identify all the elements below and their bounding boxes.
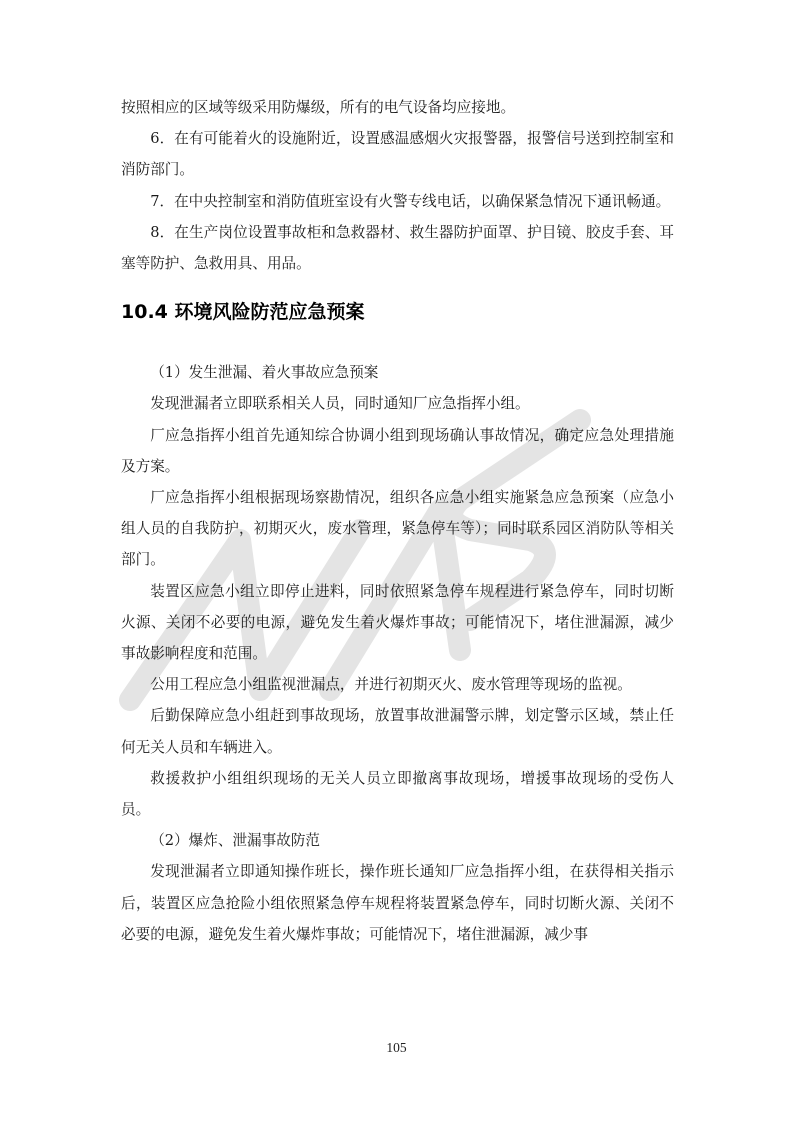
paragraph: 公用工程应急小组监视泄漏点，并进行初期灭火、废水管理等现场的监视。 [121,669,674,700]
document-page: 按照相应的区域等级采用防爆级，所有的电气设备均应接地。 6．在有可能着火的设施附… [0,0,793,1122]
paragraph-item-7: 7．在中央控制室和消防值班室设有火警专线电话，以确保紧急情况下通讯畅通。 [121,186,674,217]
paragraph: 装置区应急小组立即停止进料，同时依照紧急停车规程进行紧急停车，同时切断火源、关闭… [121,576,674,670]
section-heading: 10.4 环境风险防范应急预案 [121,299,674,325]
subsection-title-1: （1）发生泄漏、着火事故应急预案 [121,357,674,388]
paragraph: 发现泄漏者立即通知操作班长，操作班长通知厂应急指挥小组，在获得相关指示后，装置区… [121,856,674,950]
paragraph-item-8: 8．在生产岗位设置事故柜和急救器材、救生器防护面罩、护目镜、胶皮手套、耳塞等防护… [121,217,674,279]
subsection-title-2: （2）爆炸、泄漏事故防范 [121,825,674,856]
page-number: 105 [0,1040,793,1056]
paragraph: 发现泄漏者立即联系相关人员，同时通知厂应急指挥小组。 [121,388,674,419]
paragraph-0: 按照相应的区域等级采用防爆级，所有的电气设备均应接地。 [121,92,674,123]
paragraph: 救援救护小组组织现场的无关人员立即撤离事故现场，增援事故现场的受伤人员。 [121,763,674,825]
paragraph: 厂应急指挥小组根据现场察勘情况，组织各应急小组实施紧急应急预案（应急小组人员的自… [121,482,674,576]
paragraph: 后勤保障应急小组赶到事故现场，放置事故泄漏警示牌，划定警示区域，禁止任何无关人员… [121,700,674,762]
paragraph-item-6: 6．在有可能着火的设施附近，设置感温感烟火灾报警器，报警信号送到控制室和消防部门… [121,123,674,185]
paragraph: 厂应急指挥小组首先通知综合协调小组到现场确认事故情况，确定应急处理措施及方案。 [121,420,674,482]
document-body: 按照相应的区域等级采用防爆级，所有的电气设备均应接地。 6．在有可能着火的设施附… [121,92,674,950]
